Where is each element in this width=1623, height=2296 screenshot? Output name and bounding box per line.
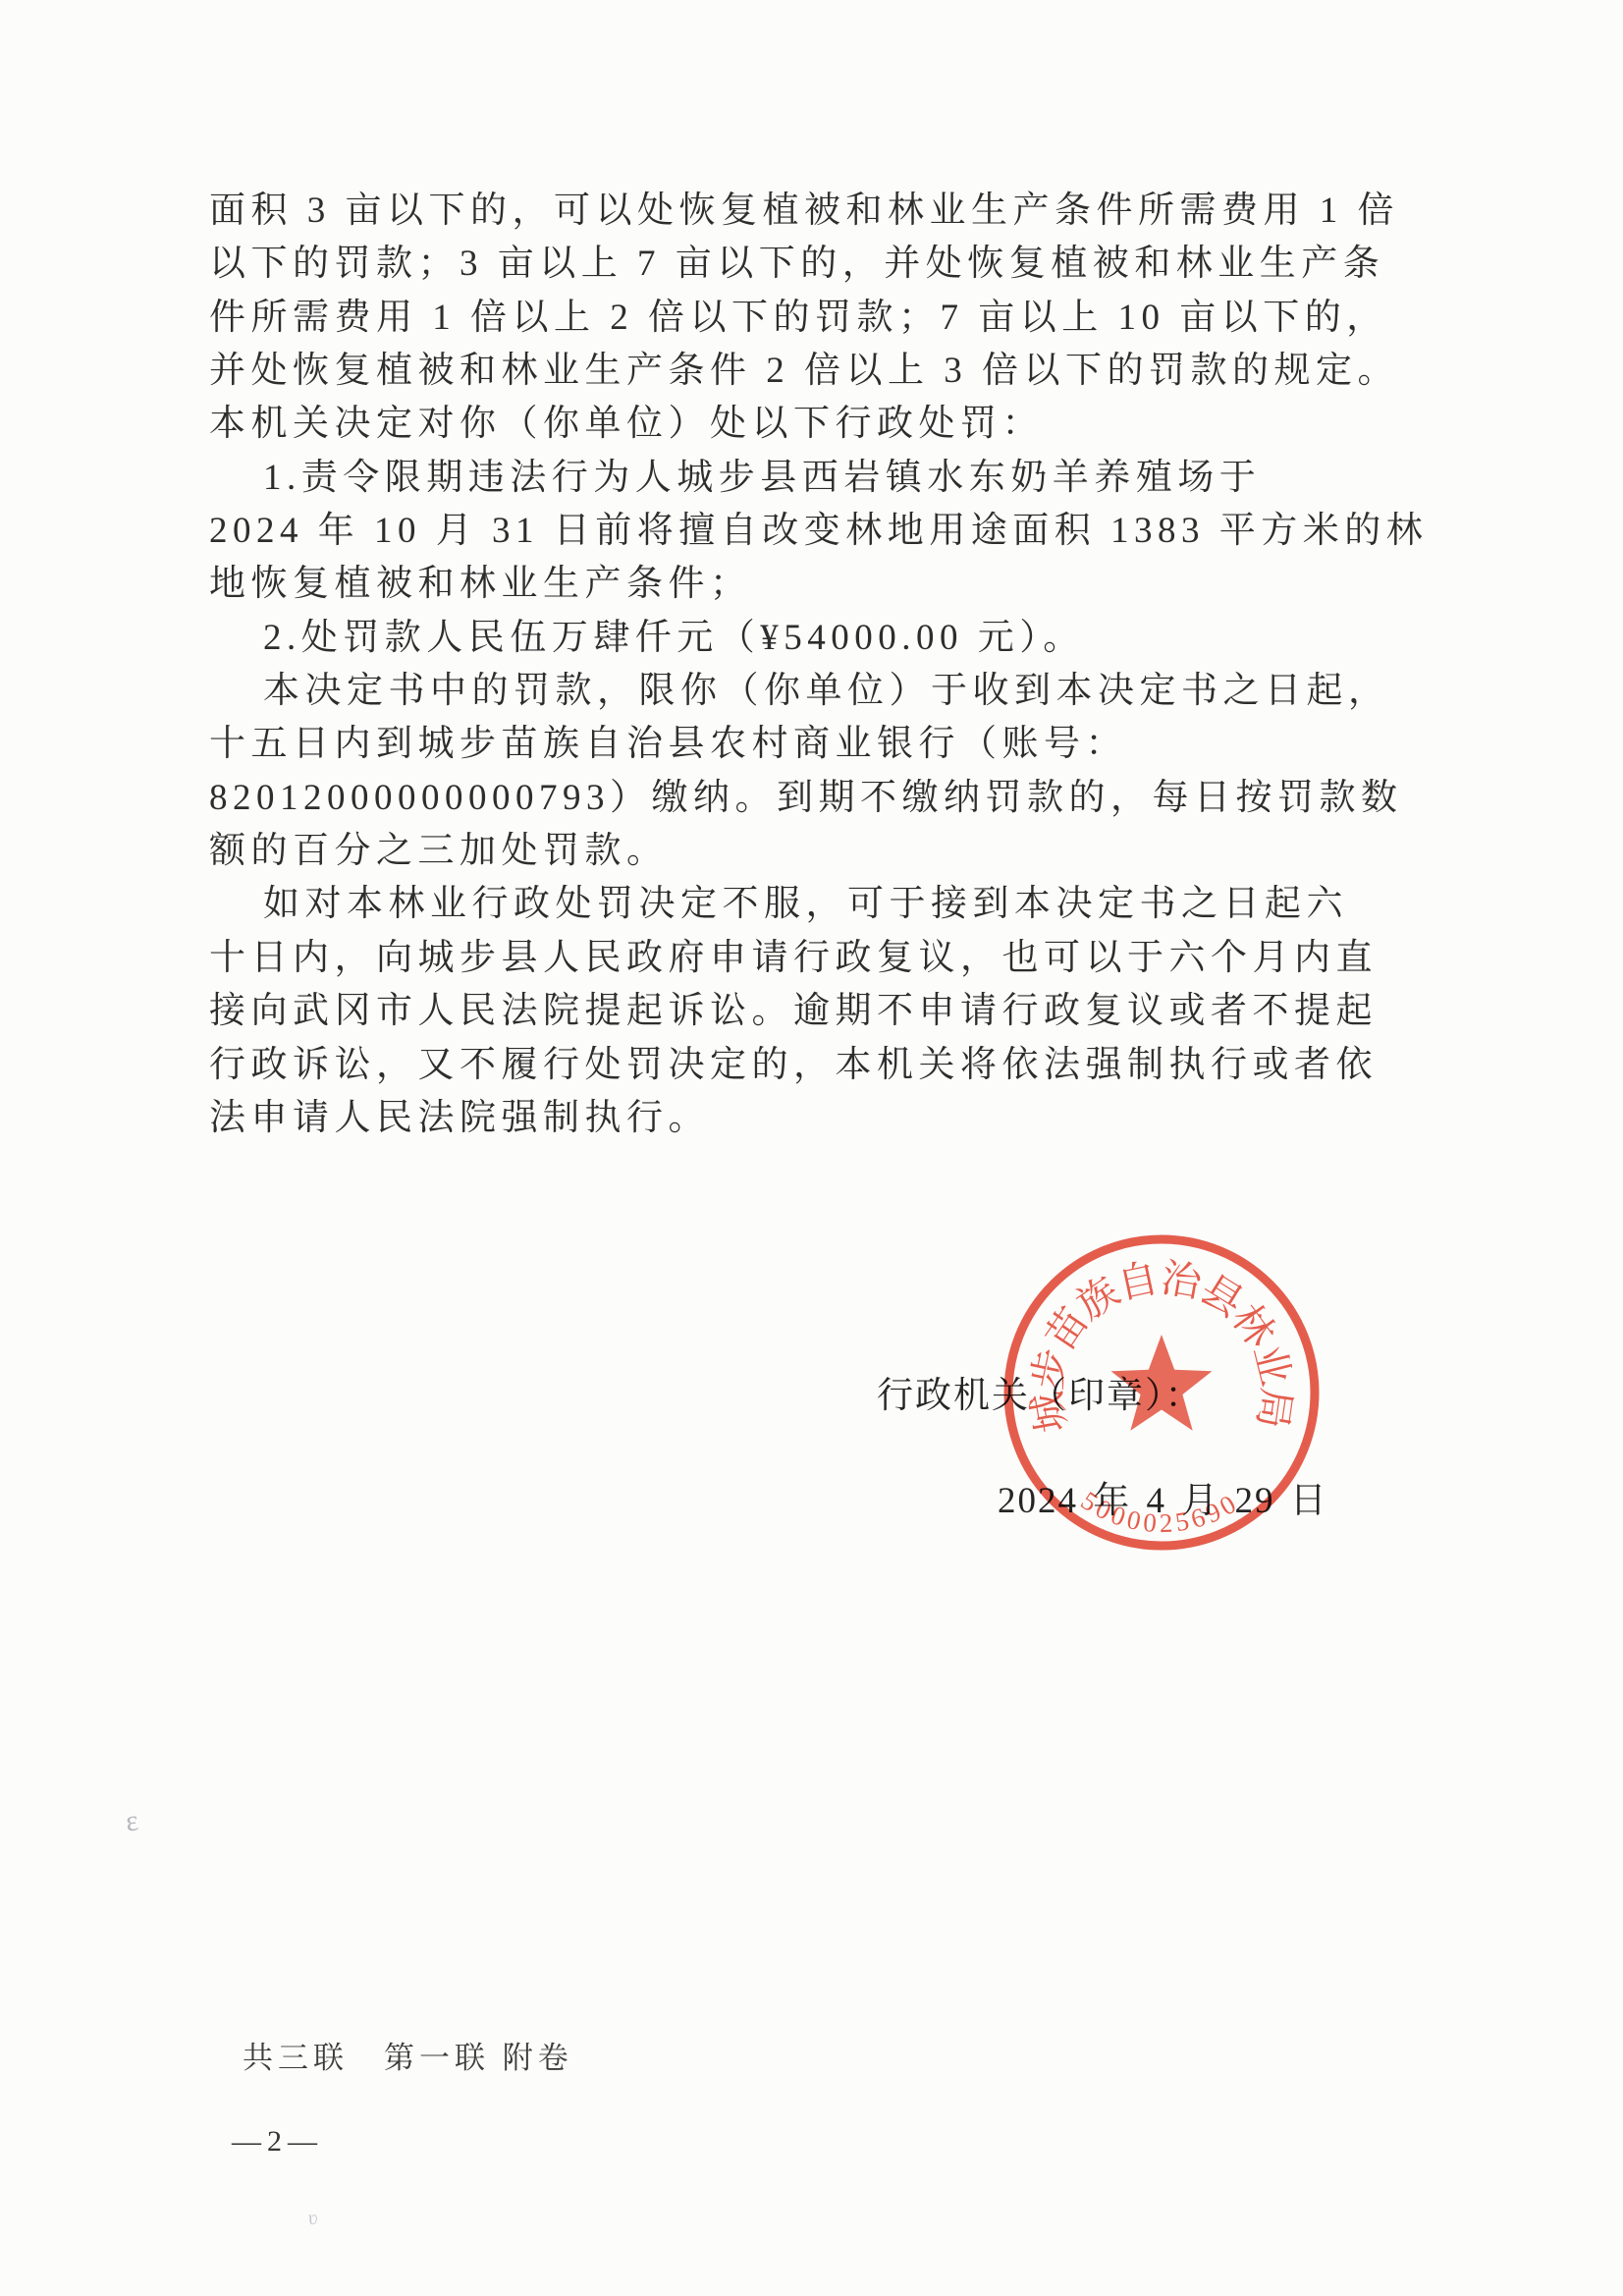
svg-text:0: 0 (1142, 1507, 1158, 1538)
pencil-mark: ε (124, 1804, 140, 1838)
official-seal: 城步苗族自治县林业局5000025690 (994, 1225, 1329, 1560)
body-line: 以下的罚款；3 亩以上 7 亩以下的，并处恢复植被和林业生产条 (209, 238, 1382, 291)
svg-text:2: 2 (1159, 1508, 1173, 1538)
body-line: 2024 年 10 月 31 日前将擅自改变林地用途面积 1383 平方米的林 (209, 505, 1382, 558)
body-line: 如对本林业行政处罚决定不服，可于接到本决定书之日起六 (209, 878, 1382, 931)
pencil-mark: ʋ (308, 2208, 317, 2230)
body-line: 2.处罚款人民伍万肆仟元（¥54000.00 元）。 (209, 612, 1382, 665)
body-text-block: 面积 3 亩以下的，可以处恢复植被和林业生产条件所需费用 1 倍 以下的罚款；3… (209, 185, 1382, 1145)
body-line: 法申请人民法院强制执行。 (209, 1092, 1382, 1145)
body-line: 并处恢复植被和林业生产条件 2 倍以上 3 倍以下的罚款的规定。 (209, 345, 1382, 398)
body-line: 地恢复植被和林业生产条件； (209, 558, 1382, 611)
svg-text:城: 城 (1024, 1389, 1075, 1436)
body-line: 十五日内到城步苗族自治县农村商业银行（账号： (209, 718, 1382, 771)
svg-text:自: 自 (1113, 1255, 1163, 1308)
page-number: —2— (232, 2125, 323, 2159)
body-line: 1.责令限期违法行为人城步县西岩镇水东奶羊养殖场于 (209, 452, 1382, 505)
body-line: 接向武冈市人民法院提起诉讼。逾期不申请行政复议或者不提起 (209, 985, 1382, 1038)
body-line: 本决定书中的罚款，限你（你单位）于收到本决定书之日起， (209, 665, 1382, 718)
body-line: 额的百分之三加处罚款。 (209, 825, 1382, 878)
svg-text:局: 局 (1249, 1386, 1299, 1432)
body-line: 件所需费用 1 倍以上 2 倍以下的罚款；7 亩以上 10 亩以下的， (209, 292, 1382, 345)
footer-copies-note: 共三联 第一联 附卷 (243, 2033, 573, 2077)
body-line: 行政诉讼，又不履行处罚决定的，本机关将依法强制执行或者依 (209, 1039, 1382, 1092)
body-line: 本机关决定对你（你单位）处以下行政处罚： (209, 398, 1382, 451)
body-line: 十日内，向城步县人民政府申请行政复议，也可以于六个月内直 (209, 932, 1382, 985)
body-line: 82012000000000793）缴纳。到期不缴纳罚款的，每日按罚款数 (209, 772, 1382, 825)
body-line: 面积 3 亩以下的，可以处恢复植被和林业生产条件所需费用 1 倍 (209, 185, 1382, 238)
